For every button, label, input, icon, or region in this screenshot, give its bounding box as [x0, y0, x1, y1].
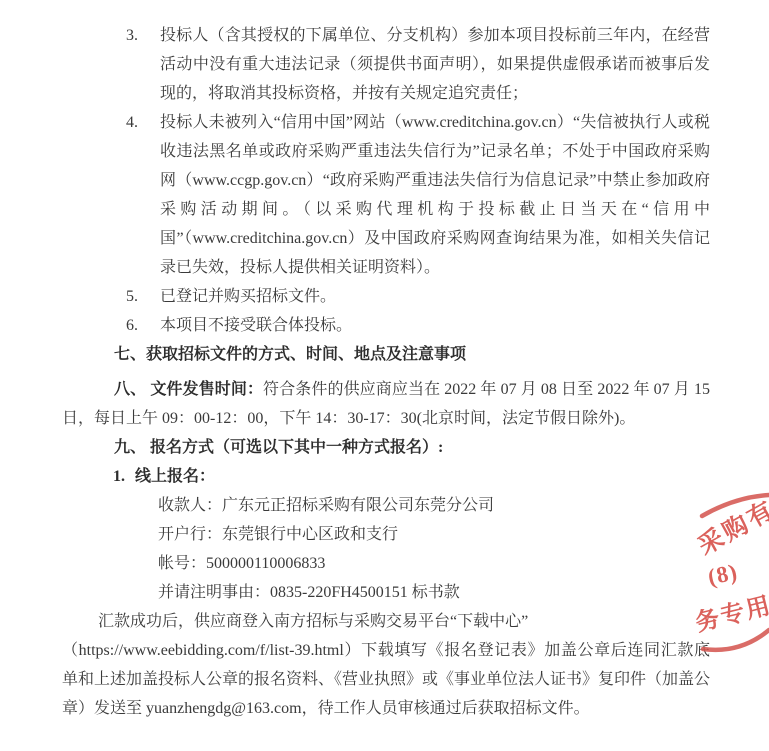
list-item-5: 5. 已登记并购买招标文件。 — [62, 282, 710, 311]
download-paragraph: （https://www.eebidding.com/f/list-39.htm… — [62, 636, 710, 723]
section-9-heading: 九、 报名方式（可选以下其中一种方式报名）: — [62, 433, 710, 462]
remit-paragraph: 汇款成功后，供应商登入南方招标与采购交易平台“下载中心” — [62, 607, 710, 636]
list-item-3: 3. 投标人（含其授权的下属单位、分支机构）参加本项目投标前三年内，在经营活动中… — [62, 21, 710, 108]
section-8-label: 八、 文件发售时间： — [114, 381, 263, 398]
bank-line: 开户行：东莞银行中心区政和支行 — [62, 520, 710, 549]
item-number: 6. — [126, 311, 138, 340]
list-item-6: 6. 本项目不接受联合体投标。 — [62, 311, 710, 340]
signup-number: 1. — [113, 462, 125, 491]
item-number: 3. — [126, 21, 138, 50]
list-item-4: 4. 投标人未被列入“信用中国”网站（www.creditchina.gov.c… — [62, 108, 710, 282]
section-7-heading: 七、获取招标文件的方式、时间、地点及注意事项 — [62, 340, 710, 369]
seal-arc-bottom — [703, 630, 769, 650]
item-text: 投标人（含其授权的下属单位、分支机构）参加本项目投标前三年内，在经营活动中没有重… — [160, 27, 710, 102]
signup-label: 线上报名： — [135, 468, 215, 485]
document-page: 3. 投标人（含其授权的下属单位、分支机构）参加本项目投标前三年内，在经营活动中… — [0, 0, 769, 751]
seal-middle-text: (8) — [706, 559, 741, 591]
seal-arc-top — [702, 495, 769, 516]
item-number: 4. — [126, 108, 138, 137]
document-body: 3. 投标人（含其授权的下属单位、分支机构）参加本项目投标前三年内，在经营活动中… — [62, 21, 710, 723]
payee-line: 收款人：广东元正招标采购有限公司东莞分公司 — [62, 491, 710, 520]
account-number-line: 帐号：500000110006833 — [62, 549, 710, 578]
section-8-paragraph: 八、 文件发售时间：符合条件的供应商应当在 2022 年 07 月 08 日至 … — [62, 375, 710, 433]
item-text: 投标人未被列入“信用中国”网站（www.creditchina.gov.cn）“… — [160, 114, 710, 276]
item-text: 本项目不接受联合体投标。 — [160, 317, 352, 334]
online-signup-item: 1. 线上报名： — [62, 462, 710, 491]
payment-memo-line: 并请注明事由：0835-220FH4500151 标书款 — [62, 578, 710, 607]
item-number: 5. — [126, 282, 138, 311]
item-text: 已登记并购买招标文件。 — [160, 288, 336, 305]
